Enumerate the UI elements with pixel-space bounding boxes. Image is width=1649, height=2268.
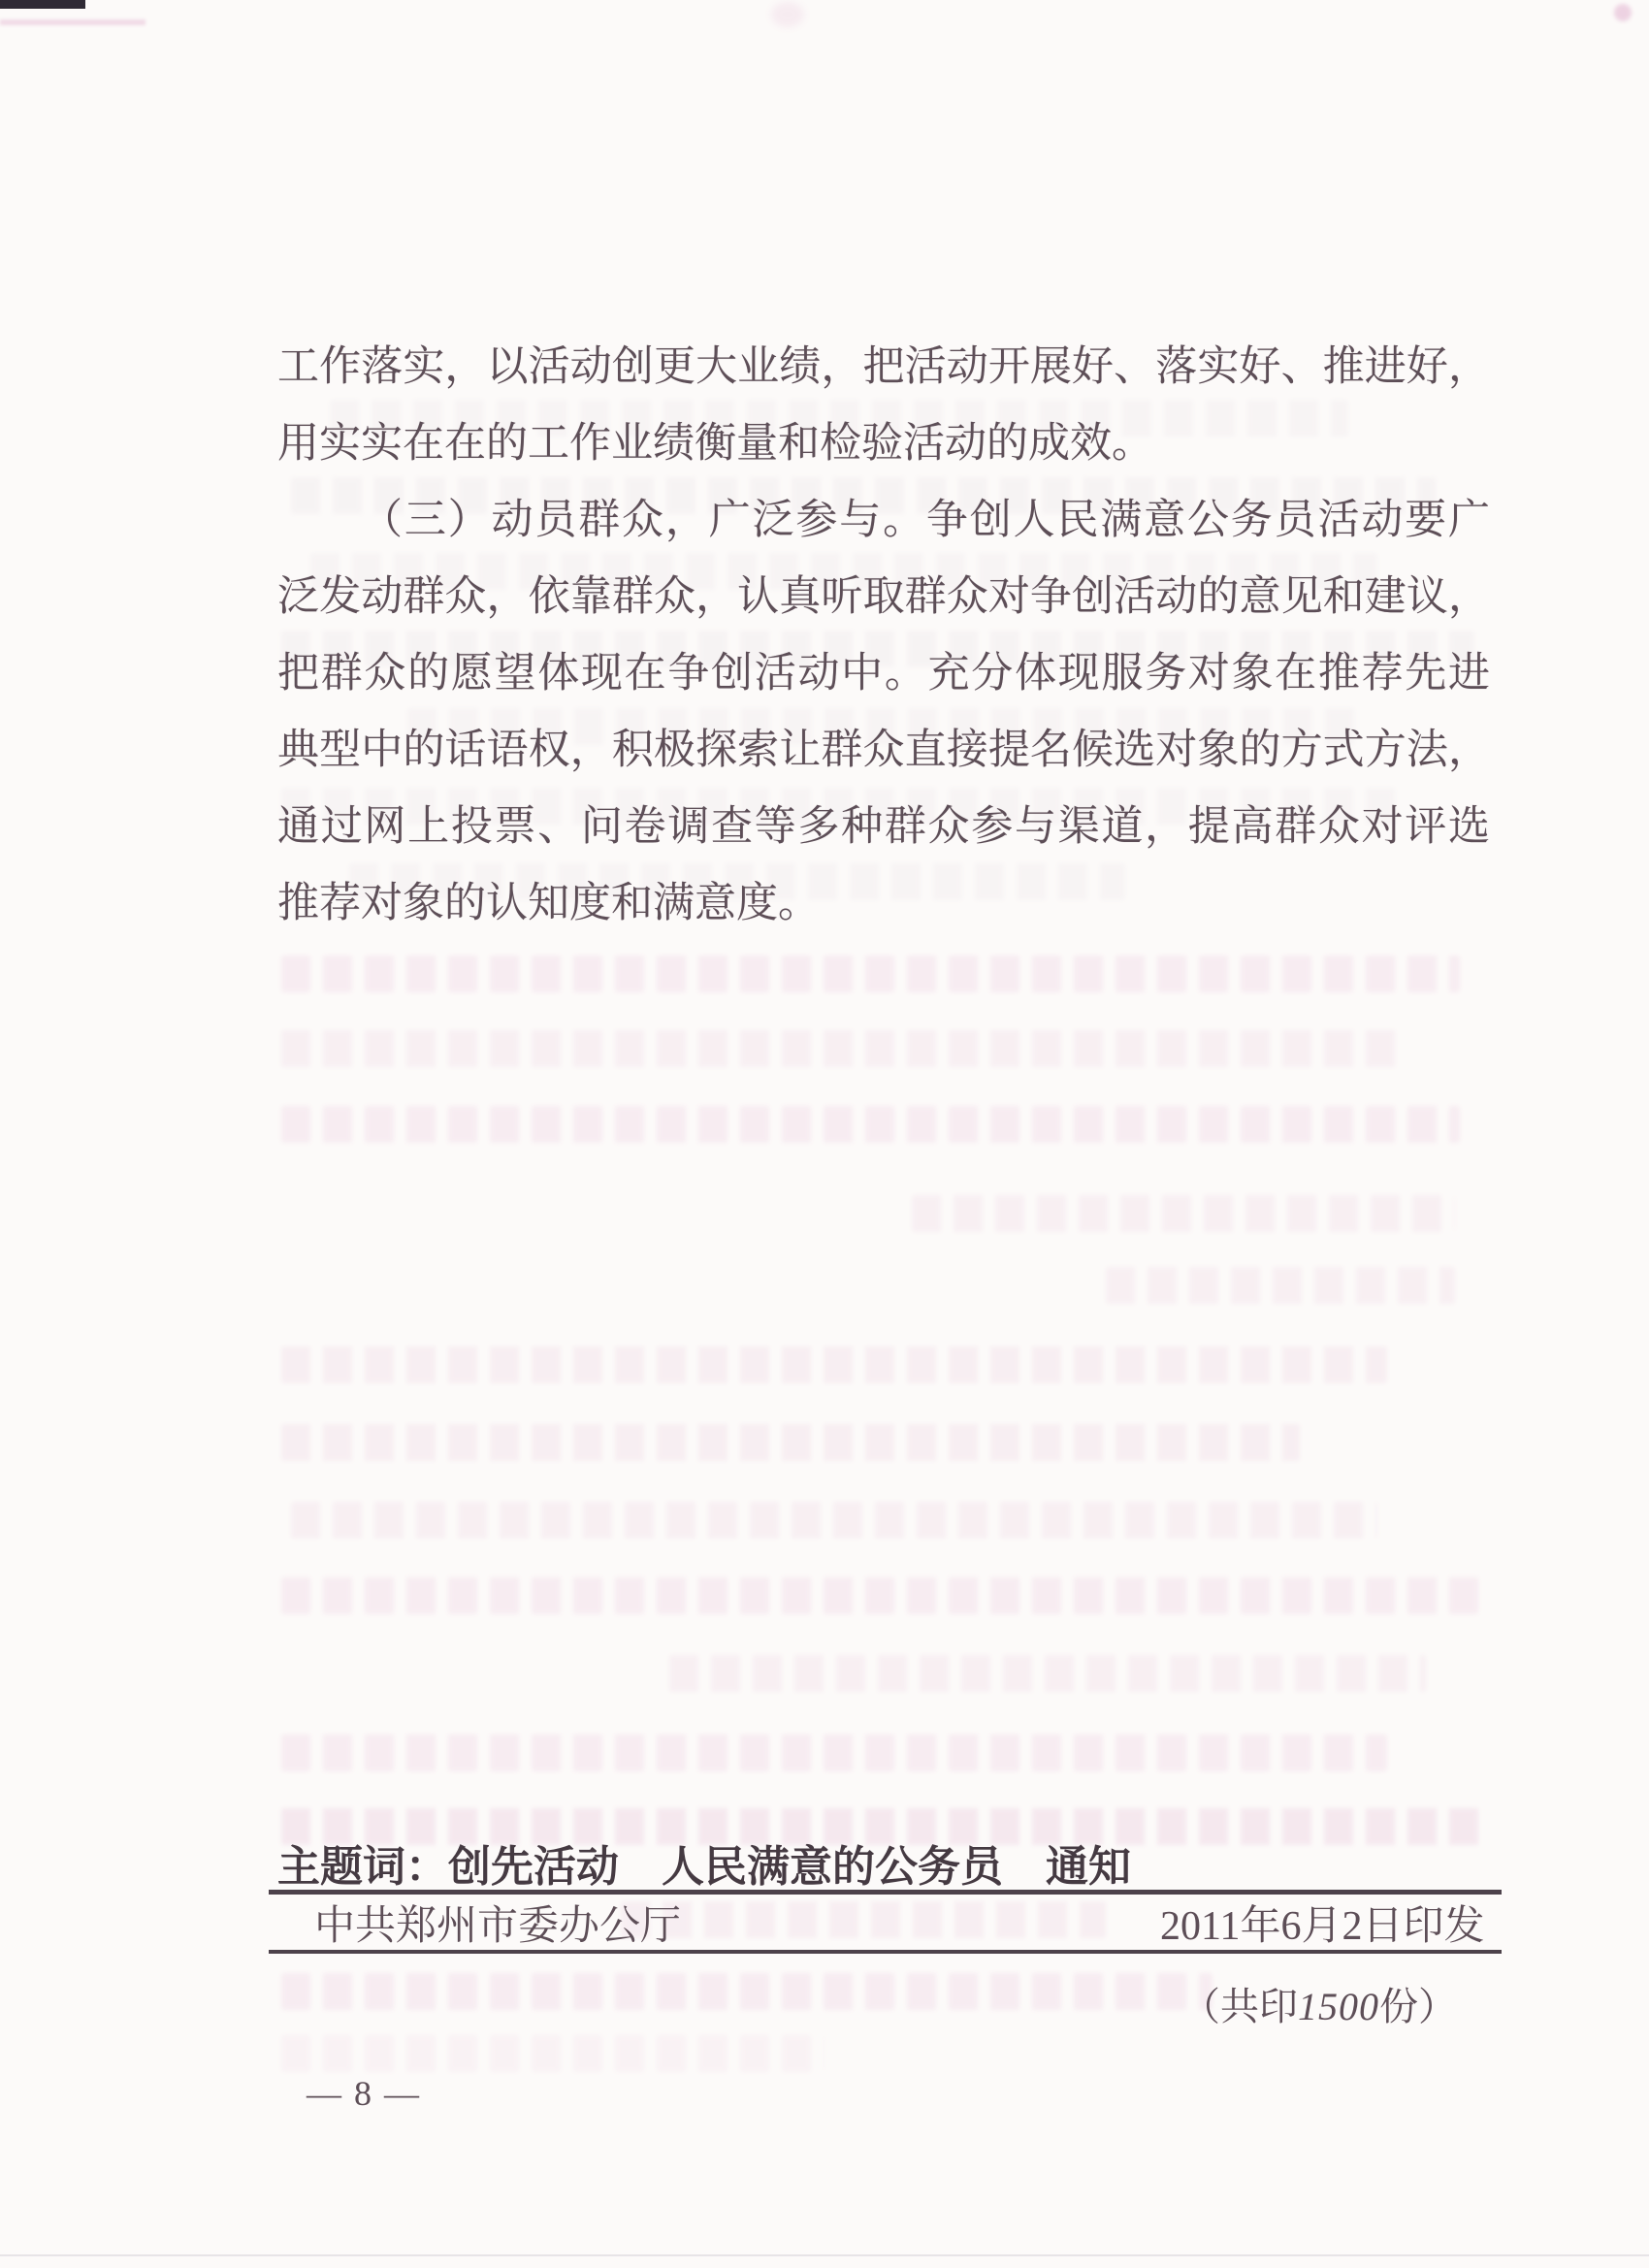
footer-divider-top — [269, 1890, 1502, 1895]
footer-issuer: 中共郑州市委办公厅 — [314, 1903, 681, 1950]
bleedthrough-line — [1106, 1267, 1455, 1304]
bleedthrough-line — [621, 1901, 1106, 1938]
body-line: 把群众的愿望体现在争创活动中。充分体现服务对象在推荐先进 — [277, 650, 1490, 698]
bleedthrough-line — [912, 1195, 1455, 1232]
bleedthrough-line — [281, 1734, 1387, 1771]
bleedthrough-line — [281, 1424, 1300, 1461]
bleedthrough-line — [281, 1577, 1479, 1614]
footer-subject-line: 主题词：创先活动 人民满意的公务员 通知 — [277, 1844, 1500, 1891]
body-line: 典型中的话语权，积极探索让群众直接提名候选对象的方式方法， — [277, 727, 1490, 775]
bleedthrough-line — [291, 1502, 1377, 1539]
footer-divider-bottom — [269, 1950, 1502, 1954]
scan-mark-top-right — [1614, 4, 1632, 21]
body-line: 用实实在在的工作业绩衡量和检验活动的成效。 — [277, 420, 1490, 469]
print-count-number: 1500 — [1298, 1985, 1379, 2028]
scan-edge-line-bottom — [0, 2254, 1649, 2256]
body-line: 通过网上投票、问卷调查等多种群众参与渠道，提高群众对评选 — [277, 803, 1490, 852]
scan-smudge-top-center — [771, 2, 804, 27]
bleedthrough-line — [281, 1973, 1212, 2010]
print-count-prefix: （共印 — [1181, 1985, 1298, 2028]
body-line: 泛发动群众，依靠群众，认真听取群众对争创活动的意见和建议， — [277, 573, 1490, 622]
scan-mark-topleft-bar — [0, 0, 85, 9]
bleedthrough-line — [281, 1030, 1406, 1067]
footer-print-date: 2011年6月2日印发 — [1160, 1903, 1463, 1950]
print-count-suffix: 份） — [1379, 1985, 1457, 2028]
body-line: 推荐对象的认知度和满意度。 — [277, 880, 1490, 928]
scan-mark-topleft-streak — [0, 19, 145, 25]
page-number: — 8 — — [307, 2074, 421, 2113]
document-page: 工作落实，以活动创更大业绩，把活动开展好、落实好、推进好， 用实实在在的工作业绩… — [0, 0, 1649, 2268]
bleedthrough-line — [281, 1106, 1460, 1143]
bleedthrough-line — [281, 2035, 824, 2072]
bleedthrough-line — [281, 956, 1460, 992]
bleedthrough-line — [281, 1346, 1387, 1383]
footer-print-count: （共印1500份） — [1164, 1985, 1457, 2029]
body-line: （三）动员群众，广泛参与。争创人民满意公务员活动要广 — [277, 497, 1490, 545]
bleedthrough-line — [281, 1808, 1479, 1845]
body-line: 工作落实，以活动创更大业绩，把活动开展好、落实好、推进好， — [277, 343, 1490, 392]
bleedthrough-line — [669, 1655, 1426, 1692]
